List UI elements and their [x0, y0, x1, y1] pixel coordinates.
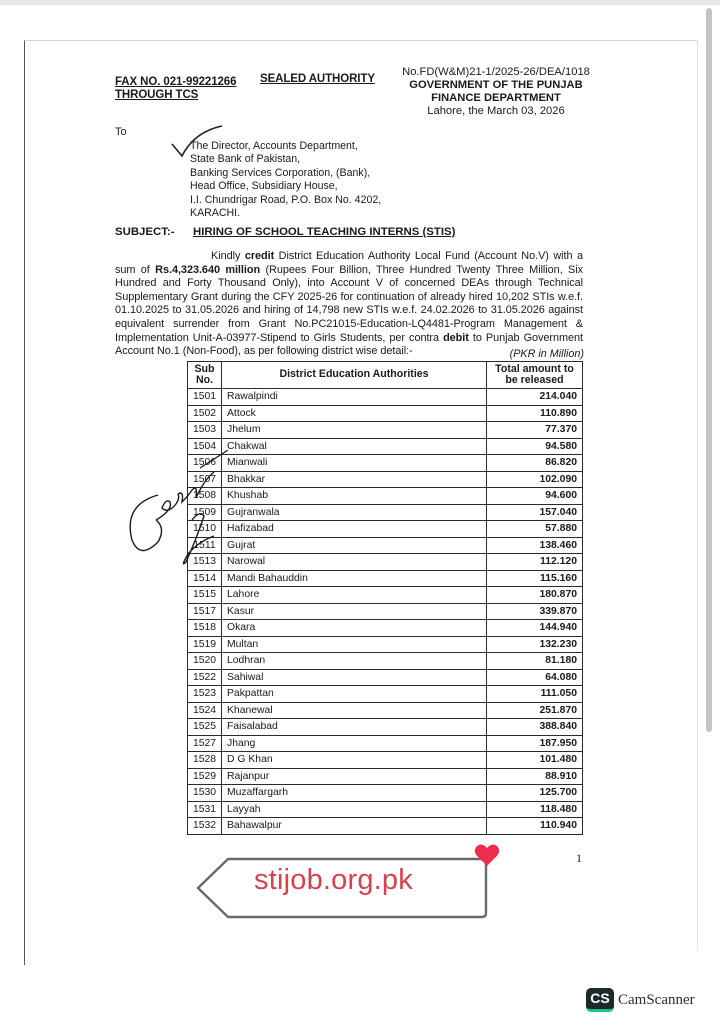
sub-no-cell: 1520	[188, 653, 222, 670]
amount-cell: 110.940	[487, 818, 583, 835]
addressee-line: Head Office, Subsidiary House,	[190, 180, 381, 193]
district-cell: Lahore	[222, 587, 487, 604]
amount-cell: 214.040	[487, 389, 583, 406]
table-row: 1520Lodhran81.180	[188, 653, 583, 670]
sub-no-cell: 1508	[188, 488, 222, 505]
sub-no-cell: 1524	[188, 702, 222, 719]
district-cell: Lodhran	[222, 653, 487, 670]
units-note: (PKR in Million)	[500, 348, 584, 360]
sub-no-cell: 1531	[188, 801, 222, 818]
department-name: FINANCE DEPARTMENT	[400, 92, 592, 105]
credit-word: credit	[245, 250, 274, 262]
scrollbar[interactable]	[706, 8, 714, 732]
district-cell: Hafizabad	[222, 521, 487, 538]
top-divider	[0, 0, 720, 5]
government-name: GOVERNMENT OF THE PUNJAB	[400, 79, 592, 92]
table-row: 1532Bahawalpur110.940	[188, 818, 583, 835]
subject-text: HIRING OF SCHOOL TEACHING INTERNS (STIS)	[193, 226, 455, 238]
sub-no-cell: 1530	[188, 785, 222, 802]
fax-number: FAX NO. 021-99221266	[115, 76, 236, 89]
table-row: 1527Jhang187.950	[188, 735, 583, 752]
amount-cell: 118.480	[487, 801, 583, 818]
addressee-line: State Bank of Pakistan,	[190, 153, 381, 166]
sub-no-cell: 1501	[188, 389, 222, 406]
district-cell: Attock	[222, 405, 487, 422]
addressee: The Director, Accounts Department, State…	[190, 140, 381, 220]
district-cell: Narowal	[222, 554, 487, 571]
district-cell: Pakpattan	[222, 686, 487, 703]
subject-line: SUBJECT:-HIRING OF SCHOOL TEACHING INTER…	[115, 226, 455, 238]
debit-word: debit	[443, 332, 469, 344]
amount-cell: 251.870	[487, 702, 583, 719]
district-cell: Muzaffargarh	[222, 785, 487, 802]
amount-cell: 132.230	[487, 636, 583, 653]
amount-cell: 94.600	[487, 488, 583, 505]
amount-cell: 111.050	[487, 686, 583, 703]
district-cell: Bhakkar	[222, 471, 487, 488]
sub-no-cell: 1528	[188, 752, 222, 769]
amount-cell: 125.700	[487, 785, 583, 802]
page-edge	[697, 40, 698, 950]
sub-no-cell: 1517	[188, 603, 222, 620]
table-row: 1522Sahiwal64.080	[188, 669, 583, 686]
amount-cell: 94.580	[487, 438, 583, 455]
sub-no-cell: 1532	[188, 818, 222, 835]
body-paragraph: Kindly credit District Education Authori…	[115, 250, 583, 359]
amount-cell: 187.950	[487, 735, 583, 752]
district-cell: Chakwal	[222, 438, 487, 455]
body-text: Kindly	[211, 250, 245, 262]
addressee-line: Banking Services Corporation, (Bank),	[190, 167, 381, 180]
amount-cell: 81.180	[487, 653, 583, 670]
reference-number: No.FD(W&M)21-1/2025-26/DEA/1018	[400, 66, 592, 79]
table-row: 1511Gujrat138.460	[188, 537, 583, 554]
page-number: 1	[576, 851, 582, 866]
sub-no-cell: 1510	[188, 521, 222, 538]
table-row: 1504Chakwal94.580	[188, 438, 583, 455]
sealed-authority: SEALED AUTHORITY	[260, 73, 375, 86]
table-row: 1531Layyah118.480	[188, 801, 583, 818]
sum-amount: Rs.4,323.640 million	[155, 264, 260, 276]
amount-cell: 88.910	[487, 768, 583, 785]
sub-no-cell: 1502	[188, 405, 222, 422]
amount-cell: 115.160	[487, 570, 583, 587]
amount-cell: 180.870	[487, 587, 583, 604]
table-row: 1514Mandi Bahauddin115.160	[188, 570, 583, 587]
sub-no-cell: 1519	[188, 636, 222, 653]
table-row: 1501Rawalpindi214.040	[188, 389, 583, 406]
table-row: 1513Narowal112.120	[188, 554, 583, 571]
district-cell: Jhang	[222, 735, 487, 752]
camscanner-badge: CS CamScanner	[586, 988, 695, 1012]
district-cell: Khanewal	[222, 702, 487, 719]
table-row: 1510Hafizabad57.880	[188, 521, 583, 538]
sub-no-cell: 1514	[188, 570, 222, 587]
table-header-row: Sub No. District Education Authorities T…	[188, 362, 583, 389]
table-row: 1523Pakpattan111.050	[188, 686, 583, 703]
amount-cell: 110.890	[487, 405, 583, 422]
district-cell: Sahiwal	[222, 669, 487, 686]
table-row: 1508Khushab94.600	[188, 488, 583, 505]
header-district: District Education Authorities	[222, 362, 487, 389]
addressee-line: I.I. Chundrigar Road, P.O. Box No. 4202,	[190, 194, 381, 207]
amount-cell: 77.370	[487, 422, 583, 439]
amount-cell: 157.040	[487, 504, 583, 521]
sub-no-cell: 1523	[188, 686, 222, 703]
district-cell: Kasur	[222, 603, 487, 620]
district-cell: Multan	[222, 636, 487, 653]
header-amount: Total amount to be released	[487, 362, 583, 389]
table-row: 1506Mianwali86.820	[188, 455, 583, 472]
district-cell: Khushab	[222, 488, 487, 505]
district-cell: Gujranwala	[222, 504, 487, 521]
amount-cell: 388.840	[487, 719, 583, 736]
camscanner-name: CamScanner	[618, 992, 695, 1009]
table-row: 1507Bhakkar102.090	[188, 471, 583, 488]
sub-no-cell: 1506	[188, 455, 222, 472]
district-cell: Gujrat	[222, 537, 487, 554]
sub-no-cell: 1525	[188, 719, 222, 736]
amount-cell: 57.880	[487, 521, 583, 538]
scrollbar-thumb[interactable]	[706, 8, 712, 732]
sub-no-cell: 1504	[188, 438, 222, 455]
table-row: 1525Faisalabad388.840	[188, 719, 583, 736]
allocation-table: Sub No. District Education Authorities T…	[187, 361, 583, 835]
district-cell: Layyah	[222, 801, 487, 818]
to-label: To	[115, 126, 127, 138]
table-row: 1503Jhelum77.370	[188, 422, 583, 439]
sub-no-cell: 1522	[188, 669, 222, 686]
sub-no-cell: 1513	[188, 554, 222, 571]
district-cell: Okara	[222, 620, 487, 637]
district-cell: Faisalabad	[222, 719, 487, 736]
table-row: 1528D G Khan101.480	[188, 752, 583, 769]
reference-block: No.FD(W&M)21-1/2025-26/DEA/1018 GOVERNME…	[400, 66, 592, 118]
sub-no-cell: 1518	[188, 620, 222, 637]
addressee-line: KARACHI.	[190, 207, 381, 220]
table-row: 1519Multan132.230	[188, 636, 583, 653]
amount-cell: 64.080	[487, 669, 583, 686]
sub-no-cell: 1529	[188, 768, 222, 785]
table-row: 1524Khanewal251.870	[188, 702, 583, 719]
table-row: 1529Rajanpur88.910	[188, 768, 583, 785]
place-date: Lahore, the March 03, 2026	[400, 105, 592, 118]
watermark-link[interactable]: stijob.org.pk	[254, 864, 474, 897]
camscanner-logo-icon: CS	[586, 988, 614, 1012]
district-cell: Rawalpindi	[222, 389, 487, 406]
table-row: 1509Gujranwala157.040	[188, 504, 583, 521]
sub-no-cell: 1509	[188, 504, 222, 521]
table-row: 1517Kasur339.870	[188, 603, 583, 620]
table-row: 1502Attock110.890	[188, 405, 583, 422]
sub-no-cell: 1511	[188, 537, 222, 554]
table-row: 1518Okara144.940	[188, 620, 583, 637]
amount-cell: 86.820	[487, 455, 583, 472]
amount-cell: 102.090	[487, 471, 583, 488]
sub-no-cell: 1503	[188, 422, 222, 439]
district-cell: Mandi Bahauddin	[222, 570, 487, 587]
district-cell: Mianwali	[222, 455, 487, 472]
amount-cell: 101.480	[487, 752, 583, 769]
district-cell: D G Khan	[222, 752, 487, 769]
sub-no-cell: 1527	[188, 735, 222, 752]
sub-no-cell: 1507	[188, 471, 222, 488]
district-cell: Bahawalpur	[222, 818, 487, 835]
district-cell: Jhelum	[222, 422, 487, 439]
amount-cell: 112.120	[487, 554, 583, 571]
through-tcs: THROUGH TCS	[115, 89, 198, 102]
table-row: 1530Muzaffargarh125.700	[188, 785, 583, 802]
amount-cell: 144.940	[487, 620, 583, 637]
subject-label: SUBJECT:-	[115, 226, 193, 238]
table-row: 1515Lahore180.870	[188, 587, 583, 604]
district-cell: Rajanpur	[222, 768, 487, 785]
amount-cell: 339.870	[487, 603, 583, 620]
addressee-line: The Director, Accounts Department,	[190, 140, 381, 153]
header-sub-no: Sub No.	[188, 362, 222, 389]
amount-cell: 138.460	[487, 537, 583, 554]
sub-no-cell: 1515	[188, 587, 222, 604]
